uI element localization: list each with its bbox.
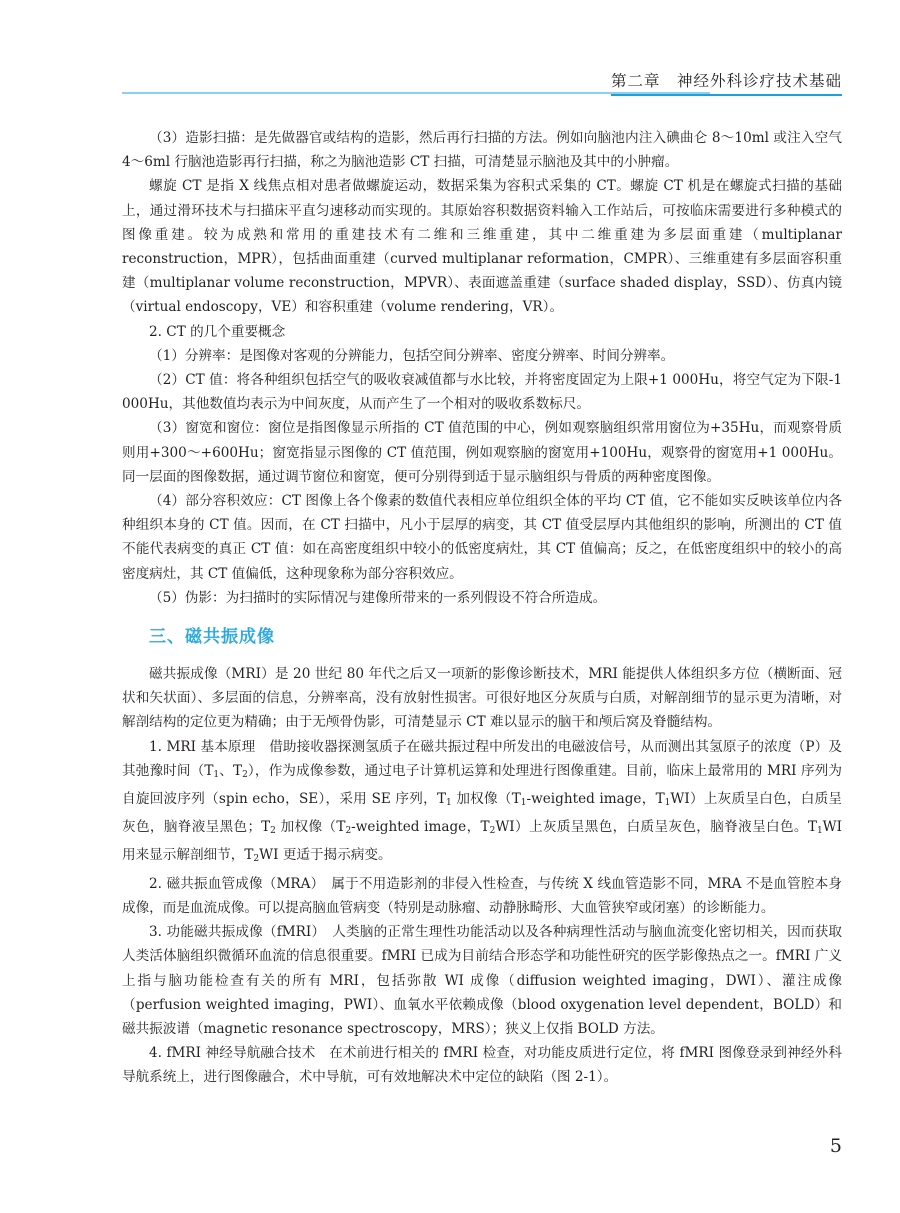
paragraph-window: （3）窗宽和窗位：窗位是指图像显示所指的 CT 值范围的中心，例如观察脑组织常用… (122, 416, 842, 489)
section-heading-mri: 三、磁共振成像 (149, 624, 842, 650)
paragraph-mri-intro: 磁共振成像（MRI）是 20 世纪 80 年代之后又一项新的影像诊断技术，MRI… (122, 662, 842, 735)
paragraph-artifact: （5）伪影：为扫描时的实际情况与建像所带来的一系列假设不符合所造成。 (122, 586, 842, 610)
text: 加权像（T (452, 791, 521, 807)
item-title: 1. MRI 基本原理 (149, 739, 255, 755)
paragraph-mri-principle: 1. MRI 基本原理 借助接收器探测氢质子在磁共振过程中所发出的电磁波信号，从… (122, 735, 842, 872)
item-title: 3. 功能磁共振成像（fMRI） (149, 924, 318, 940)
paragraph-ct-value: （2）CT 值：将各种组织包括空气的吸收衰减值都与水比较，并将密度固定为上限+1… (122, 368, 842, 416)
paragraph-spiral-ct: 螺旋 CT 是指 X 线焦点相对患者做螺旋运动，数据采集为容积式采集的 CT。螺… (122, 174, 842, 319)
item-title: 4. fMRI 神经导航融合技术 (149, 1045, 315, 1061)
paragraph-resolution: （1）分辨率：是图像对客观的分辨能力，包括空间分辨率、密度分辨率、时间分辨率。 (122, 344, 842, 368)
subheading-ct-concepts: 2. CT 的几个重要概念 (122, 320, 842, 344)
page-number: 5 (830, 1135, 842, 1157)
item-title: 2. 磁共振血管成像（MRA） (149, 876, 318, 892)
page-body: （3）造影扫描：是先做器官或结构的造影，然后再行扫描的方法。例如向脑池内注入碘曲… (122, 126, 842, 1090)
paragraph-fmri: 3. 功能磁共振成像（fMRI） 人类脑的正常生理性功能活动以及各种病理性活动与… (122, 920, 842, 1041)
text: 加权像（T (276, 819, 346, 835)
text: WI 更适于揭示病变。 (259, 847, 391, 863)
text: -weighted image，T (351, 819, 489, 835)
text: WI）上灰质呈黑色，白质呈灰色，脑脊液呈白色。T (495, 819, 817, 835)
chapter-title: 第二章 神经外科诊疗技术基础 (611, 72, 842, 96)
text: -weighted image，T (527, 791, 665, 807)
paragraph-mra: 2. 磁共振血管成像（MRA） 属于不用造影剂的非侵入性检查，与传统 X 线血管… (122, 872, 842, 920)
running-header: 第二章 神经外科诊疗技术基础 (122, 72, 842, 98)
paragraph-fmri-navigation: 4. fMRI 神经导航融合技术 在术前进行相关的 fMRI 检查，对功能皮质进… (122, 1041, 842, 1089)
paragraph-partial-volume: （4）部分容积效应：CT 图像上各个像素的数值代表相应单位组织全体的平均 CT … (122, 489, 842, 586)
paragraph-contrast-scan: （3）造影扫描：是先做器官或结构的造影，然后再行扫描的方法。例如向脑池内注入碘曲… (122, 126, 842, 174)
text: 、T (219, 763, 242, 779)
text: 人类脑的正常生理性功能活动以及各种病理性活动与脑血流变化密切相关，因而获取人类活… (122, 924, 842, 1037)
